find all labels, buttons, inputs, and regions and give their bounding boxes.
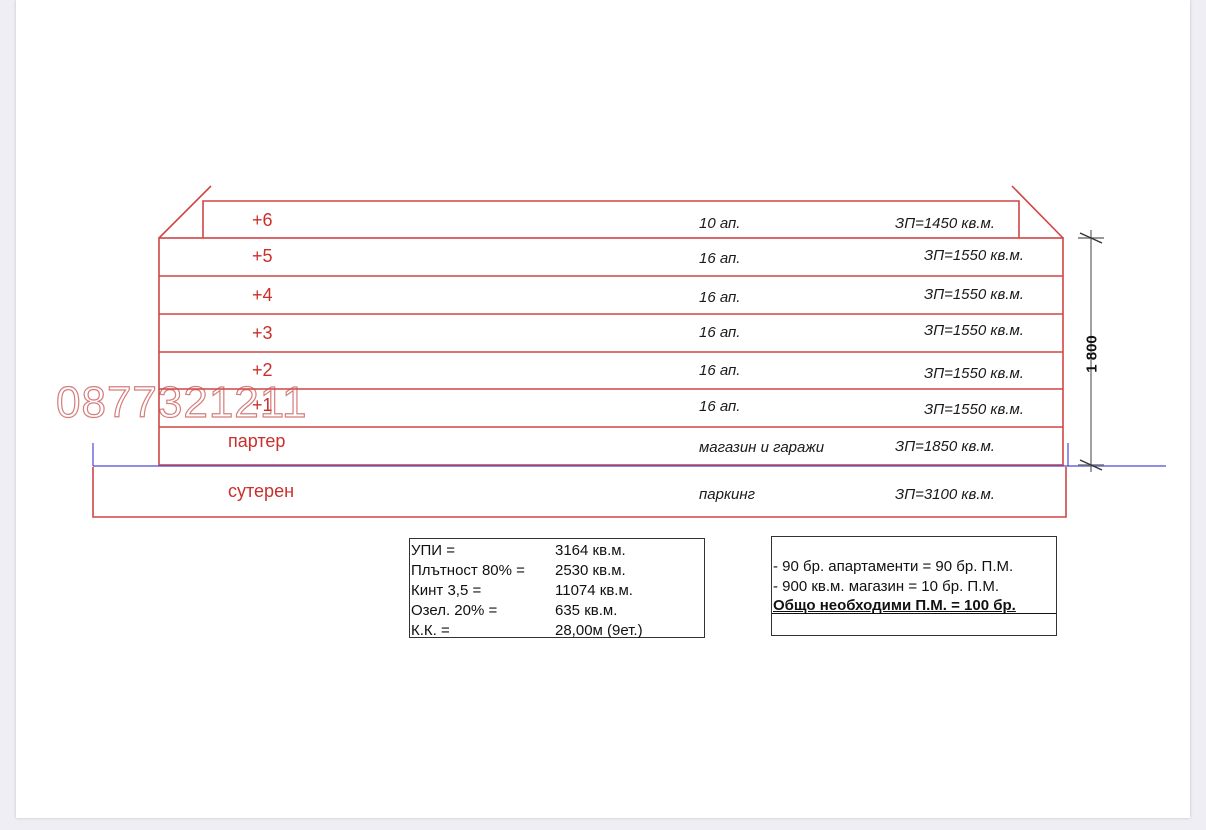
floor-usage: паркинг — [699, 487, 755, 502]
param-key: Озел. 20% = — [410, 601, 555, 621]
floor-usage: 16 ап. — [699, 251, 740, 266]
param-key: К.К. = — [410, 621, 555, 641]
floor-usage: магазин и гаражи — [699, 440, 824, 455]
floor-area: ЗП=1550 кв.м. — [924, 287, 1024, 302]
building-outline — [93, 186, 1066, 517]
floor-label: партер — [228, 432, 285, 450]
table-row: К.К. =28,00м (9ет.) — [410, 621, 704, 641]
floor-label: +2 — [252, 361, 273, 379]
param-key: Кинт 3,5 = — [410, 581, 555, 601]
floor-usage: 16 ап. — [699, 399, 740, 414]
floor-area: ЗП=1550 кв.м. — [924, 248, 1024, 263]
floor-label: +3 — [252, 324, 273, 342]
height-dimension-label: 1 800 — [1084, 335, 1101, 373]
param-key: Плътност 80% = — [410, 561, 555, 581]
floor-area: ЗП=1450 кв.м. — [895, 216, 995, 231]
parking-line: - 90 бр. апартаменти = 90 бр. П.М. — [773, 557, 1013, 577]
floor-label: +5 — [252, 247, 273, 265]
floor-usage: 16 ап. — [699, 290, 740, 305]
phone-watermark: 0877321211 — [56, 378, 307, 428]
floor-area: ЗП=1550 кв.м. — [924, 323, 1024, 338]
param-value: 635 кв.м. — [555, 601, 617, 621]
floor-label: сутерен — [228, 482, 294, 500]
floor-label: +6 — [252, 211, 273, 229]
table-row: Кинт 3,5 =11074 кв.м. — [410, 581, 704, 601]
param-value: 3164 кв.м. — [555, 541, 626, 561]
floor-usage: 10 ап. — [699, 216, 740, 231]
floor-usage: 16 ап. — [699, 363, 740, 378]
floor-label: +4 — [252, 286, 273, 304]
param-key: УПИ = — [410, 541, 555, 561]
floor-area: ЗП=3100 кв.м. — [895, 487, 995, 502]
param-value: 11074 кв.м. — [555, 581, 633, 601]
param-value: 28,00м (9ет.) — [555, 621, 643, 641]
param-value: 2530 кв.м. — [555, 561, 626, 581]
table-row: Плътност 80% =2530 кв.м. — [410, 561, 704, 581]
floor-area: ЗП=1550 кв.м. — [924, 402, 1024, 417]
table-row: УПИ =3164 кв.м. — [410, 541, 704, 561]
floor-area: ЗП=1550 кв.м. — [924, 366, 1024, 381]
floor-usage: 16 ап. — [699, 325, 740, 340]
divider — [772, 613, 1056, 614]
table-row: Озел. 20% =635 кв.м. — [410, 601, 704, 621]
floor-area: ЗП=1850 кв.м. — [895, 439, 995, 454]
parking-line: - 900 кв.м. магазин = 10 бр. П.М. — [773, 577, 999, 597]
site-parameters-table: УПИ =3164 кв.м. Плътност 80% =2530 кв.м.… — [409, 538, 705, 638]
parking-requirements-box: - 90 бр. апартаменти = 90 бр. П.М. - 900… — [771, 536, 1057, 636]
